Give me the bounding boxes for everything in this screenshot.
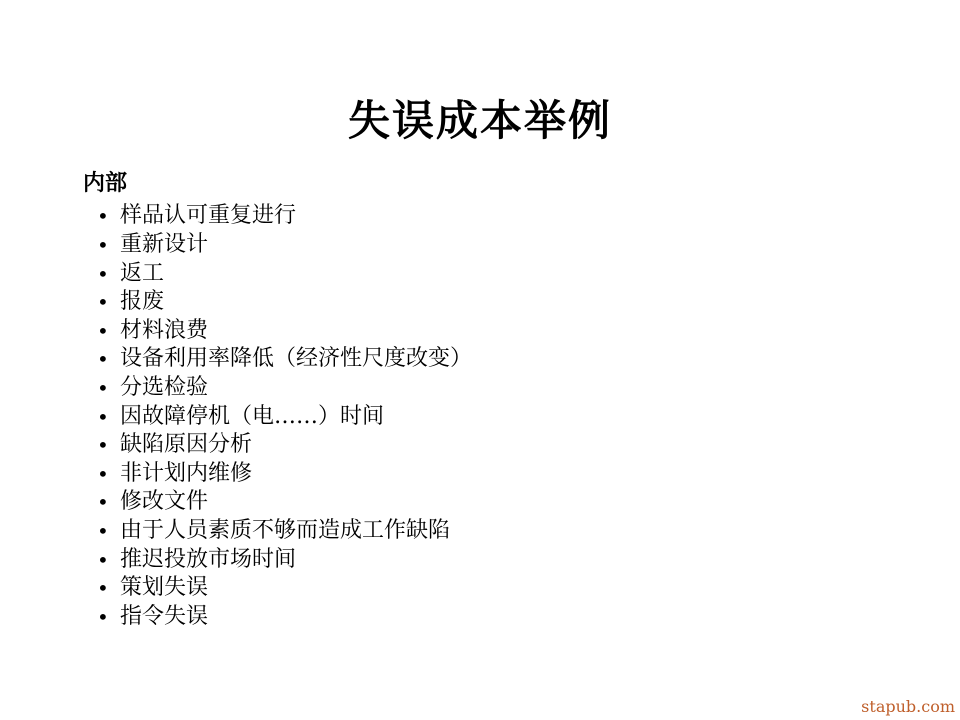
bullet-icon: •: [83, 488, 120, 517]
slide-title: 失误成本举例: [0, 98, 960, 144]
list-item-text: 非计划内维修: [120, 460, 252, 489]
list-item-text: 材料浪费: [120, 317, 208, 346]
bullet-icon: •: [83, 345, 120, 374]
bullet-icon: •: [83, 574, 120, 603]
list-item: • 策划失误: [83, 574, 883, 603]
bullet-icon: •: [83, 460, 120, 489]
watermark: stapub.com: [861, 697, 955, 716]
list-item: • 报废: [83, 288, 883, 317]
list-item-text: 指令失误: [120, 603, 208, 632]
list-item: • 重新设计: [83, 231, 883, 260]
bullet-icon: •: [83, 288, 120, 317]
list-item-text: 策划失误: [120, 574, 208, 603]
list-item: • 返工: [83, 260, 883, 289]
list-item: • 指令失误: [83, 603, 883, 632]
list-item: • 由于人员素质不够而造成工作缺陷: [83, 517, 883, 546]
list-item: • 修改文件: [83, 488, 883, 517]
section-heading: 内部: [83, 170, 883, 196]
list-item-text: 修改文件: [120, 488, 208, 517]
list-item: • 非计划内维修: [83, 460, 883, 489]
bullet-icon: •: [83, 403, 120, 432]
list-item: • 缺陷原因分析: [83, 431, 883, 460]
list-item-text: 分选检验: [120, 374, 208, 403]
bullet-icon: •: [83, 546, 120, 575]
bullet-icon: •: [83, 603, 120, 632]
list-item: • 因故障停机（电……）时间: [83, 403, 883, 432]
bullet-icon: •: [83, 517, 120, 546]
list-item-text: 重新设计: [120, 231, 208, 260]
list-item: • 设备利用率降低（经济性尺度改变）: [83, 345, 883, 374]
list-item-text: 样品认可重复进行: [120, 202, 296, 231]
bullet-icon: •: [83, 231, 120, 260]
list-item-text: 因故障停机（电……）时间: [120, 403, 384, 432]
list-item: • 推迟投放市场时间: [83, 546, 883, 575]
presentation-slide: 失误成本举例 内部 • 样品认可重复进行 • 重新设计 • 返工 • 报废 • …: [0, 0, 960, 720]
list-item-text: 缺陷原因分析: [120, 431, 252, 460]
list-item: • 分选检验: [83, 374, 883, 403]
bullet-icon: •: [83, 431, 120, 460]
list-item-text: 返工: [120, 260, 164, 289]
bullet-icon: •: [83, 317, 120, 346]
list-item-text: 推迟投放市场时间: [120, 546, 296, 575]
bullet-icon: •: [83, 374, 120, 403]
list-item-text: 由于人员素质不够而造成工作缺陷: [120, 517, 450, 546]
list-item-text: 设备利用率降低（经济性尺度改变）: [120, 345, 472, 374]
bullet-list: • 样品认可重复进行 • 重新设计 • 返工 • 报废 • 材料浪费 • 设备利…: [83, 202, 883, 631]
list-item-text: 报废: [120, 288, 164, 317]
list-item: • 材料浪费: [83, 317, 883, 346]
bullet-icon: •: [83, 202, 120, 231]
bullet-icon: •: [83, 260, 120, 289]
list-item: • 样品认可重复进行: [83, 202, 883, 231]
slide-body: 内部 • 样品认可重复进行 • 重新设计 • 返工 • 报废 • 材料浪费: [83, 170, 883, 631]
